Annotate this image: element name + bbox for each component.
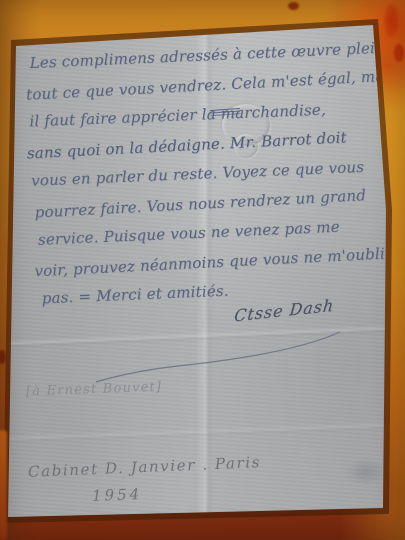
border-stain [0,350,6,364]
pencil-annotation: [à Ernest Bouvet] [26,380,163,400]
archive-note-line2: 1954 [92,485,143,505]
border-stain [394,44,404,62]
archive-note-line1: Cabinet D. Janvier . Paris [28,453,262,481]
letter-body: Les complimens adressés à cette œuvre pl… [22,33,394,315]
pencil-smudge [344,458,388,486]
border-stain [288,2,299,10]
border-stain [384,4,399,38]
photo-frame: Les complimens adressés à cette œuvre pl… [0,0,405,540]
letter-paper: Les complimens adressés à cette œuvre pl… [0,0,405,540]
border-stain [0,430,7,540]
